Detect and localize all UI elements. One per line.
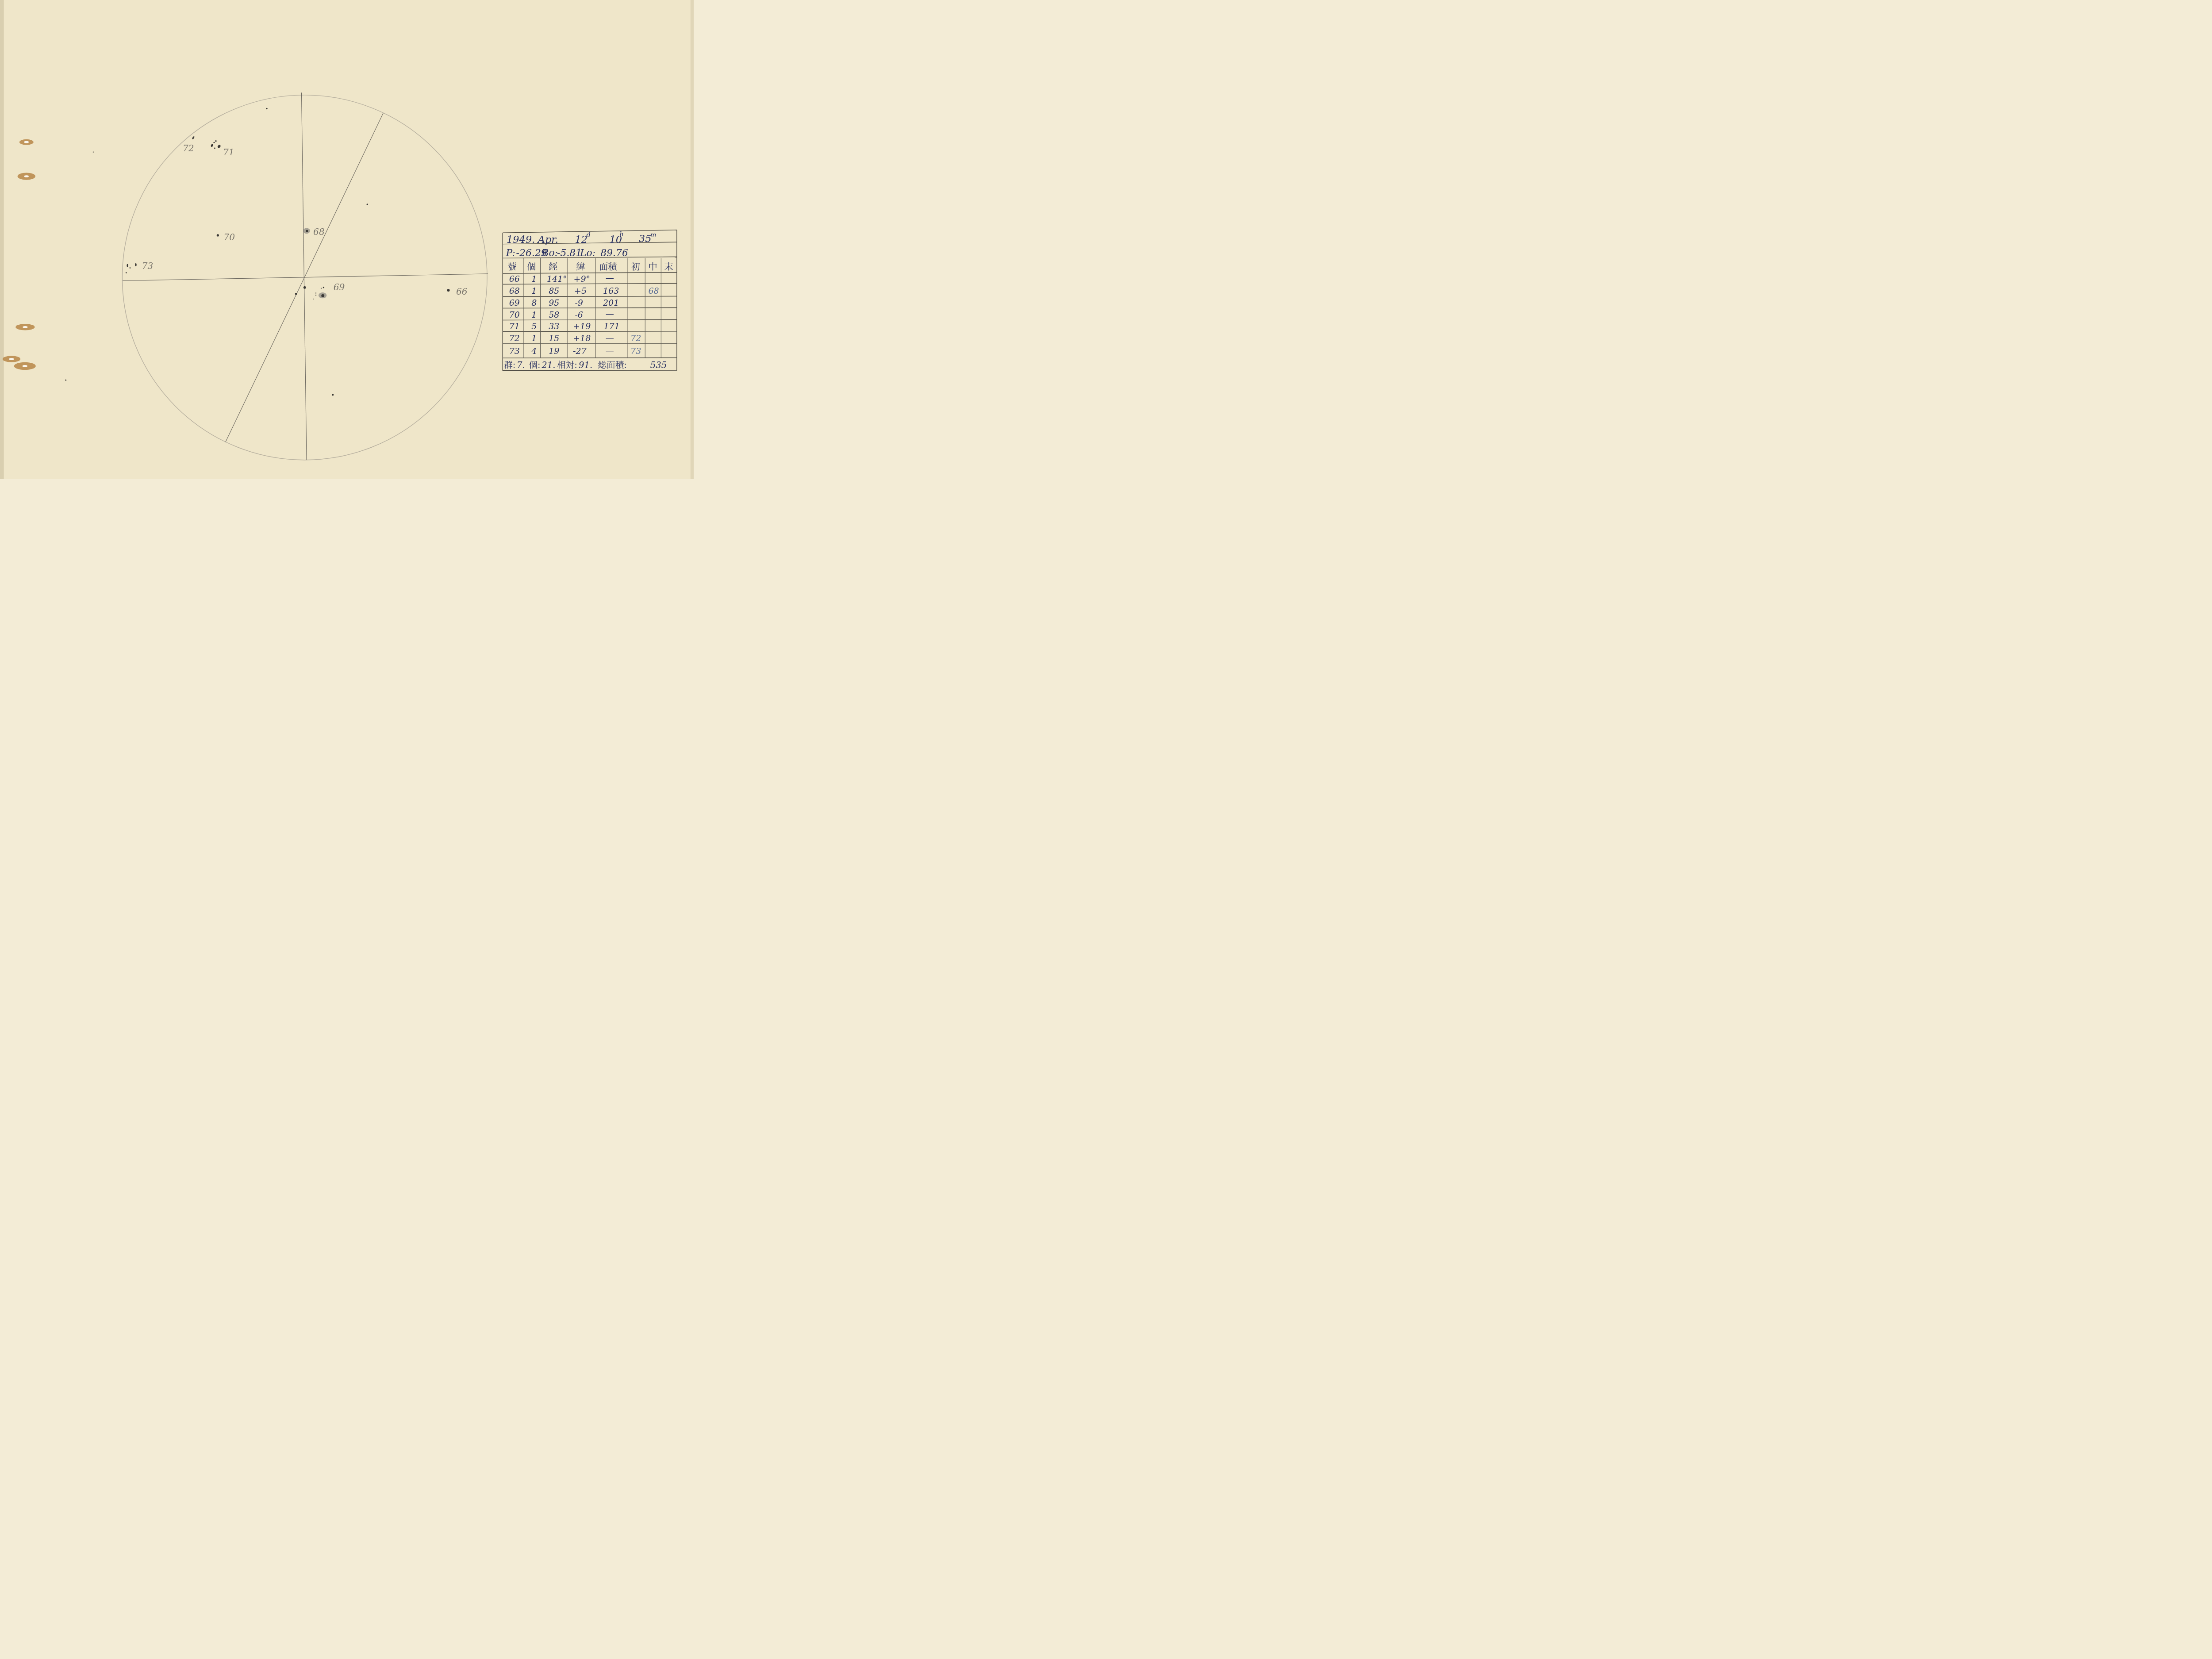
relative-number-label: 相対:: [557, 360, 577, 370]
cell-middle: 68: [648, 286, 659, 296]
cell-lon: 141°: [547, 274, 567, 284]
cell-count: 1: [531, 310, 537, 320]
paper-right-edge-shadow: [691, 0, 694, 479]
cell-lat: +5: [574, 286, 587, 296]
spots-label: 個:: [529, 360, 540, 370]
cell-area: —: [606, 309, 614, 319]
cell-lon: 95: [549, 298, 559, 308]
cell-area: 201: [603, 298, 619, 308]
month: Apr.: [537, 234, 558, 246]
spot-label-73: 73: [142, 261, 154, 271]
paper-background: [0, 0, 694, 479]
cell-no: 69: [509, 298, 520, 308]
lo-value: 89.76: [600, 248, 628, 259]
relative-number-value: 91.: [579, 360, 592, 370]
cell-count: 1: [531, 286, 537, 296]
cell-area: —: [606, 346, 614, 356]
cell-lon: 15: [549, 334, 559, 343]
cell-no: 73: [509, 346, 520, 356]
spot-label-69: 69: [334, 282, 345, 292]
spots-value: 21.: [541, 360, 555, 370]
spot-label-66: 66: [456, 286, 468, 297]
cell-count: 4: [531, 346, 537, 356]
cell-count: 1: [531, 334, 537, 343]
cell-lat: +18: [573, 334, 591, 343]
minute-unit: m: [650, 232, 657, 239]
year: 1949.: [507, 234, 535, 246]
cell-lat: -6: [575, 310, 583, 320]
cell-area: —: [606, 273, 614, 283]
cell-count: 5: [531, 322, 537, 331]
cell-area: —: [606, 333, 614, 343]
col-header-longitude: 經: [549, 261, 557, 272]
cell-area: 163: [603, 286, 619, 296]
spot-label-68: 68: [313, 227, 325, 237]
cell-lat: -9: [575, 298, 583, 308]
minute: 35: [639, 233, 652, 245]
p-label: P:: [506, 248, 515, 259]
cell-lon: 58: [549, 310, 559, 320]
cell-count: 8: [531, 298, 537, 308]
cell-no: 71: [509, 322, 520, 331]
day-unit: d: [586, 232, 590, 239]
col-header-middle: 中: [648, 261, 657, 272]
groups-label: 群:: [504, 360, 515, 370]
cell-no: 70: [509, 310, 520, 320]
ephemeris-params-row: P: -26.29 Bo: -5.81 Lo: 89.76: [506, 248, 629, 259]
cell-lat: -27: [573, 346, 587, 356]
binding-hole: [3, 356, 20, 362]
cell-lat: +9°: [574, 274, 591, 284]
cell-first: 73: [630, 346, 641, 356]
groups-value: 7.: [517, 360, 525, 370]
cell-no: 68: [509, 286, 520, 296]
binding-hole: [19, 139, 34, 145]
spot-label-71: 71: [223, 147, 234, 157]
cell-lon: 85: [549, 286, 559, 296]
cell-no: 66: [509, 274, 520, 284]
cell-area: 171: [603, 322, 619, 331]
day: 12: [575, 234, 588, 246]
cell-no: 72: [509, 334, 520, 343]
col-header-latitude: 緯: [576, 261, 585, 272]
hour-unit: h: [620, 231, 624, 238]
col-header-area: 面積: [599, 261, 618, 272]
cell-lon: 19: [549, 346, 559, 356]
cell-count: 1: [531, 274, 537, 284]
binding-hole: [15, 324, 35, 330]
cell-lat: +19: [573, 322, 591, 331]
bo-label: Bo:: [541, 248, 558, 259]
binding-hole: [18, 173, 35, 180]
spot-label-70: 70: [223, 232, 235, 242]
col-header-first: 初: [631, 261, 640, 272]
paper-left-edge-shadow: [0, 0, 4, 479]
binding-hole: [14, 362, 36, 370]
col-header-last: 末: [664, 261, 673, 272]
lo-label: Lo:: [580, 248, 595, 259]
spot-label-72: 72: [183, 143, 194, 154]
bo-value: -5.81: [557, 248, 582, 259]
col-header-count: 個: [527, 261, 536, 272]
total-area-value: 535: [650, 360, 667, 370]
cell-first: 72: [630, 334, 641, 343]
col-header-number: 號: [508, 261, 517, 272]
cell-lon: 33: [549, 322, 559, 331]
total-area-label: 総面積:: [598, 360, 626, 370]
observation-sheet: 68 69 70 66: [0, 0, 694, 479]
